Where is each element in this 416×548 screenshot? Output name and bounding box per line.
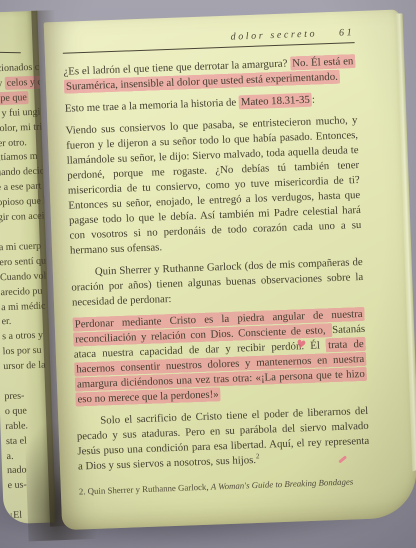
paragraph-sacrifice: Solo el sacrificio de Cristo tiene el po… — [76, 404, 370, 475]
paragraph-sherrer-garlock: Quin Sherrer y Ruthanne Garlock (dos de … — [71, 255, 364, 311]
paragraph-matthew-intro: Esto me trae a la memoria la historia de… — [65, 91, 357, 117]
left-page-text-fragment: a mi cuerp — [0, 239, 44, 256]
blockquote-forgiveness-highlighted: Perdonar mediante Cristo es la piedra an… — [73, 307, 368, 408]
left-page-text-fragment: er. — [1, 314, 47, 331]
left-page-header-rule — [0, 52, 21, 54]
blockquote-matthew: Viendo sus consiervos lo que pasaba, se … — [65, 113, 362, 259]
running-header: dolor secreto 61 — [62, 27, 354, 49]
right-page-text-area: dolor secreto 61 ¿Es el ladrón el que ti… — [44, 9, 416, 530]
left-page-text-fragment — [4, 374, 50, 391]
left-page-text-fragment: gir con acei — [0, 210, 43, 227]
left-page-text-fragment: ero sentí qu — [0, 254, 45, 271]
open-book: acionados cay celos y cupe queo y fui un… — [0, 7, 416, 538]
footnote-book-title: A Woman's Guide to Breaking Bondages — [211, 476, 354, 491]
left-page-text-fragment: pres- — [4, 388, 50, 405]
left-page-text-fragment: ay celos y c — [0, 76, 38, 93]
left-page-text-fragment: upe que — [0, 91, 39, 108]
left-page-text-fragment: e a ese part — [0, 180, 42, 197]
left-page-text-fragment: Cuando volv — [0, 269, 45, 286]
left-page-text-fragment: o y fui ungi — [0, 105, 39, 122]
left-page-text-fragment: los por su — [2, 344, 48, 361]
paragraph-sacrifice-text: Solo el sacrificio de Cristo tiene el po… — [77, 405, 370, 473]
left-page-text-fragment: ntíamos m — [0, 150, 41, 167]
paragraph-bitterness: ¿Es el ladrón el que tiene que derrotar … — [63, 54, 356, 95]
left-page-text-fragment: ier otro. — [0, 135, 40, 152]
left-page-text-fragment: uando decid — [0, 165, 41, 182]
left-page-text-fragment: dolor, mi tris — [0, 120, 40, 137]
left-page-text-fragment: opioso que l — [0, 195, 43, 212]
left-page-text-fragment: acionados c — [0, 61, 38, 78]
left-page-text-fragment — [0, 225, 44, 242]
footnote: 2. Quin Sherrer y Ruthanne Garlock, A Wo… — [79, 476, 371, 498]
footnote-marker: 2. — [79, 486, 86, 496]
page-number: 61 — [339, 27, 355, 39]
photo-of-open-book: { "colors": { "backdrop": "#9a98a3", "pa… — [0, 0, 416, 548]
left-page-text-fragment: arecido pu — [0, 284, 46, 301]
left-page-text-fragment: o que — [5, 403, 51, 420]
running-header-title: dolor secreto — [230, 28, 317, 42]
left-page-text-fragment: ursor de la — [3, 359, 49, 376]
left-page-text-fragment: s a otros y — [2, 329, 48, 346]
right-page: dolor secreto 61 ¿Es el ladrón el que ti… — [44, 9, 416, 530]
footnote-reference: 2 — [256, 452, 260, 460]
left-page-text-fragment: a mi médic — [1, 299, 47, 316]
footnote-authors: Quin Sherrer y Ruthanne Garlock, — [88, 482, 211, 497]
